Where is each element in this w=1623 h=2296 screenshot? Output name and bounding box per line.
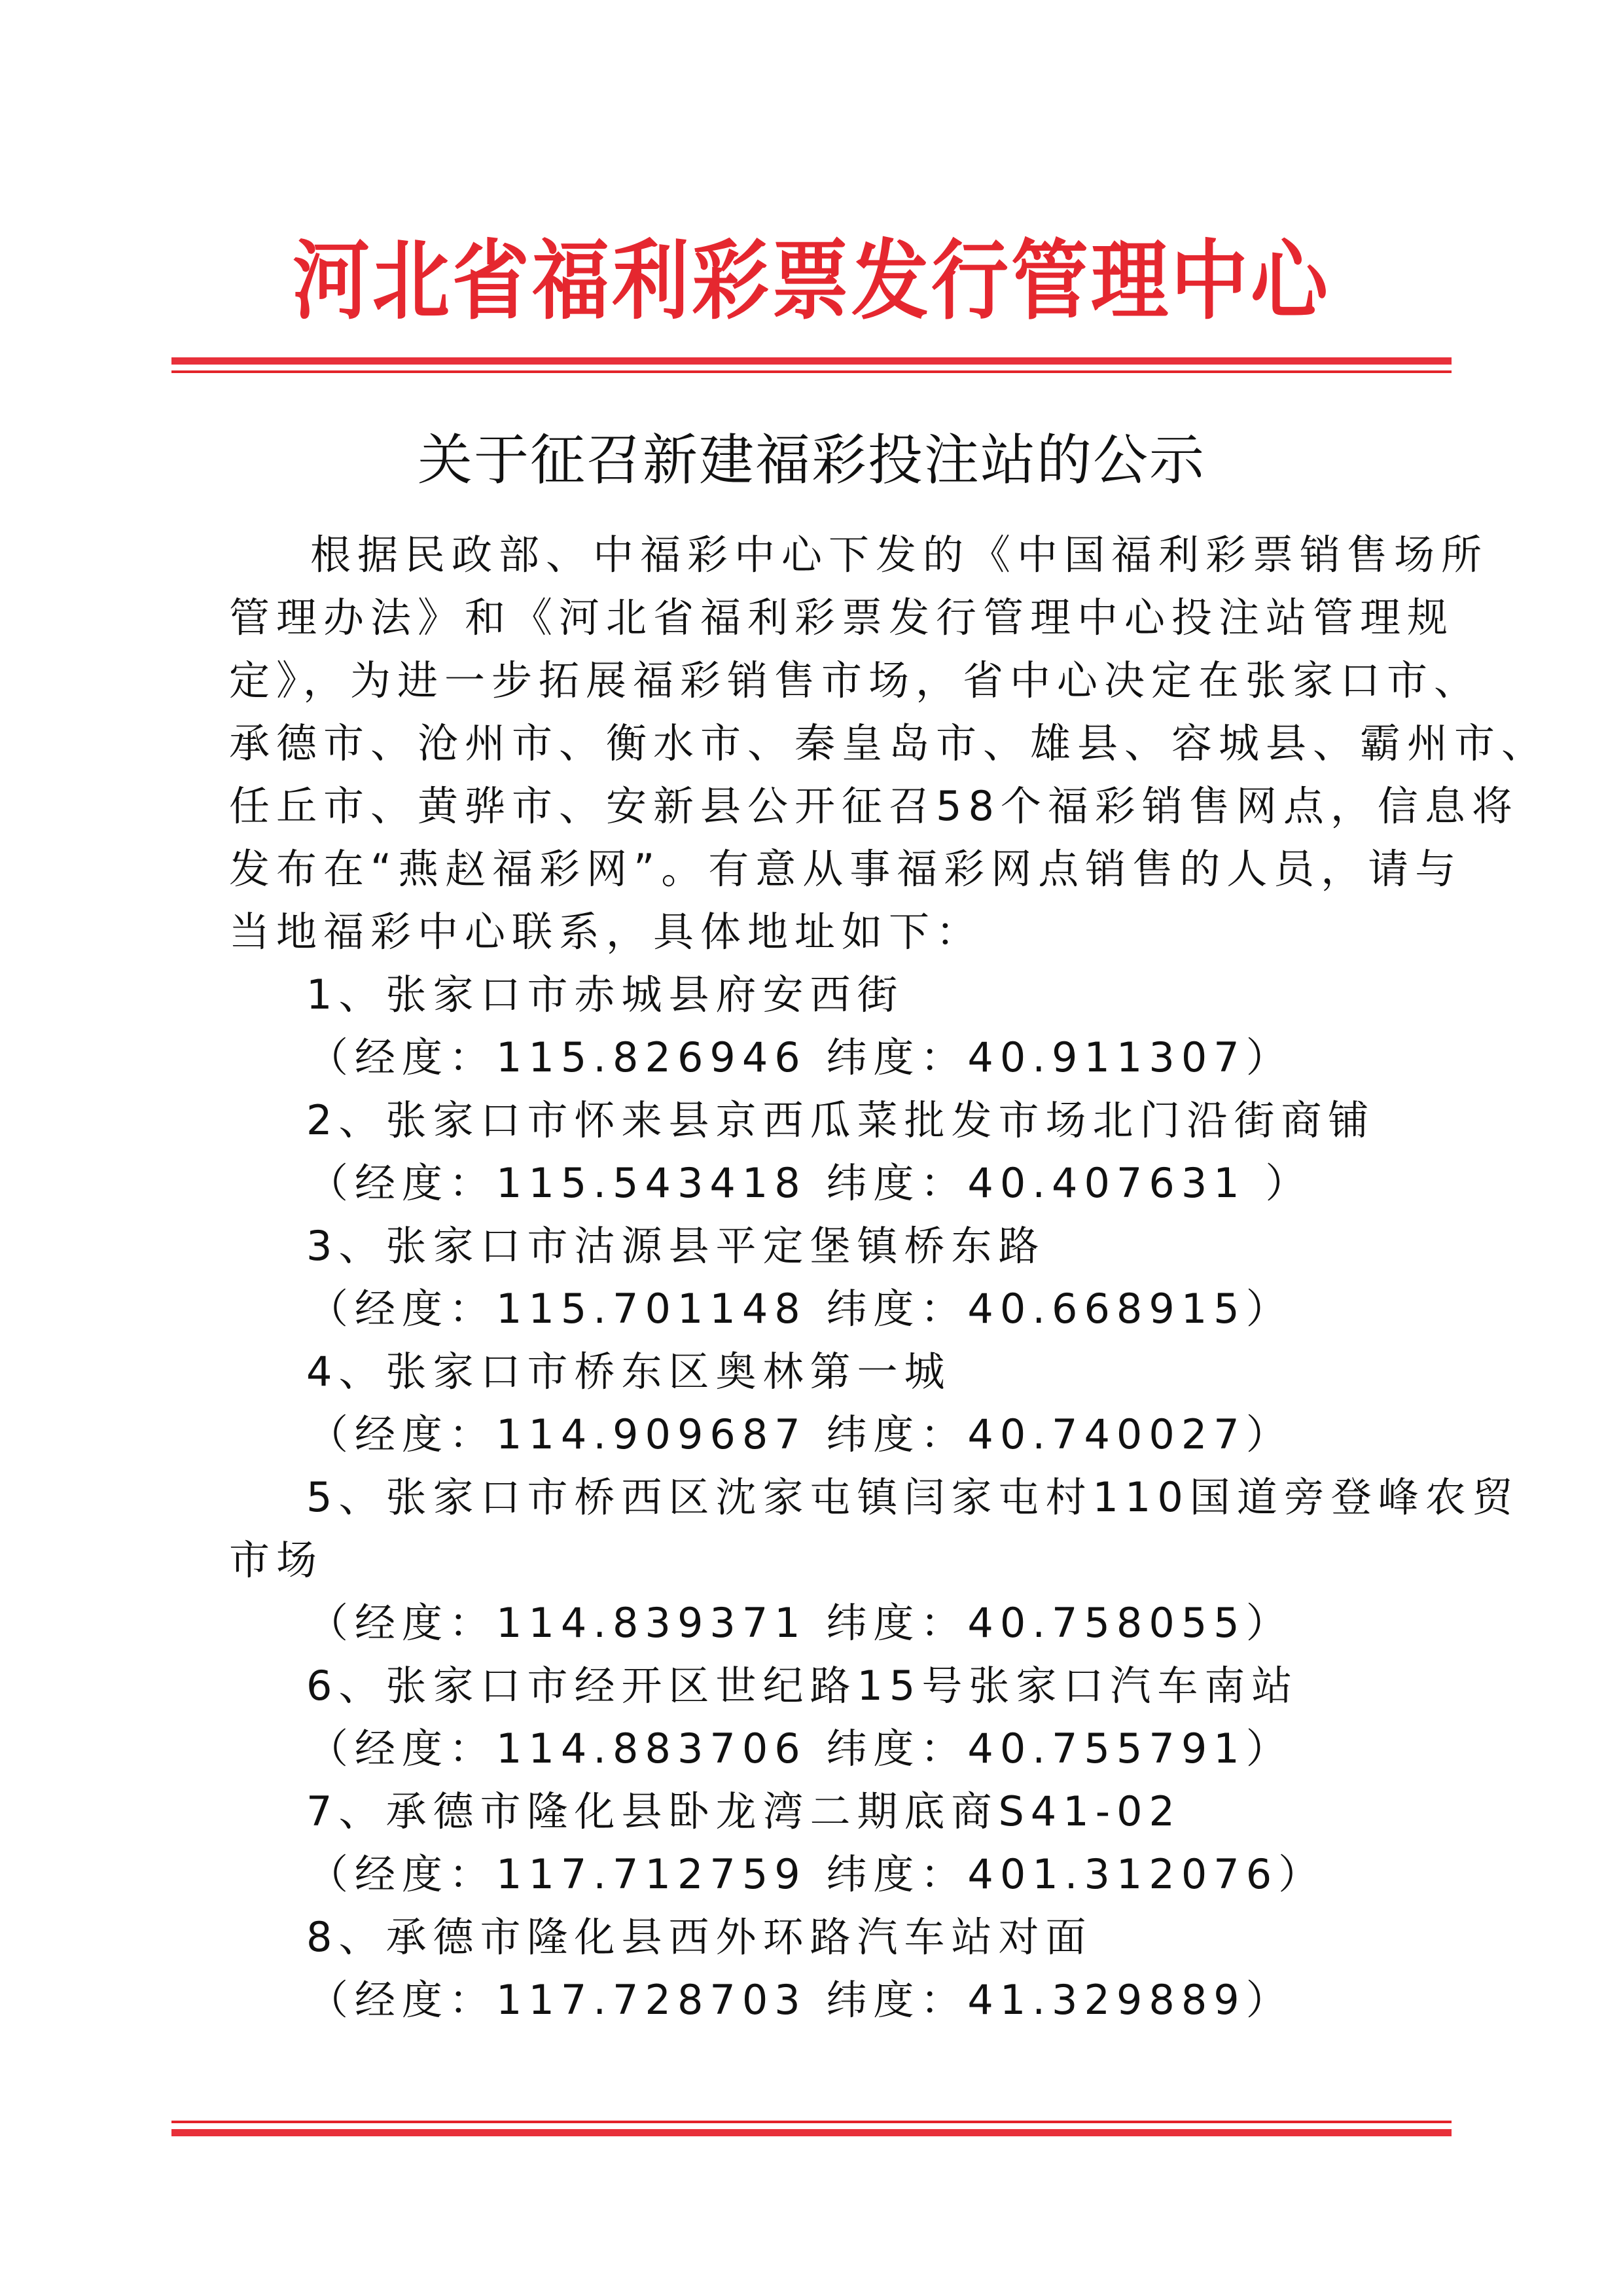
footer-rule-thick (171, 2129, 1452, 2136)
location-address: 3、张家口市沽源县平定堡镇桥东路 (229, 1215, 1433, 1278)
intro-line: 发布在“燕赵福彩网”。有意从事福彩网点销售的人员，请与 (229, 838, 1433, 901)
intro-line: 根据民政部、中福彩中心下发的《中国福利彩票销售场所 (229, 524, 1433, 586)
location-coords: （经度：114.883706 纬度：40.755791） (229, 1717, 1433, 1780)
header-rule-thin (171, 370, 1452, 373)
intro-paragraph: 根据民政部、中福彩中心下发的《中国福利彩票销售场所 管理办法》和《河北省福利彩票… (229, 524, 1433, 963)
location-item: 8、承德市隆化县西外环路汽车站对面 （经度：117.728703 纬度：41.3… (229, 1906, 1433, 2032)
document-body: 根据民政部、中福彩中心下发的《中国福利彩票销售场所 管理办法》和《河北省福利彩票… (229, 524, 1433, 2032)
intro-line: 当地福彩中心联系，具体地址如下： (229, 901, 1433, 963)
intro-line: 任丘市、黄骅市、安新县公开征召58个福彩销售网点，信息将 (229, 775, 1433, 838)
location-item: 1、张家口市赤城县府安西街 （经度：115.826946 纬度：40.91130… (229, 963, 1433, 1089)
header-rule-thick (171, 357, 1452, 365)
location-item: 4、张家口市桥东区奥林第一城 （经度：114.909687 纬度：40.7400… (229, 1340, 1433, 1466)
organization-letterhead: 河北省福利彩票发行管理中心 (171, 226, 1452, 336)
location-coords: （经度：115.543418 纬度：40.407631 ） (229, 1152, 1433, 1215)
location-coords: （经度：117.712759 纬度：401.312076） (229, 1843, 1433, 1906)
location-address-continued: 市场 (229, 1529, 1433, 1592)
location-address: 4、张家口市桥东区奥林第一城 (229, 1340, 1433, 1403)
location-coords: （经度：117.728703 纬度：41.329889） (229, 1969, 1433, 2032)
intro-line: 定》，为进一步拓展福彩销售市场，省中心决定在张家口市、 (229, 649, 1433, 712)
location-coords: （经度：115.826946 纬度：40.911307） (229, 1026, 1433, 1089)
location-item: 2、张家口市怀来县京西瓜菜批发市场北门沿街商铺 （经度：115.543418 纬… (229, 1089, 1433, 1215)
location-address: 8、承德市隆化县西外环路汽车站对面 (229, 1906, 1433, 1969)
location-address: 1、张家口市赤城县府安西街 (229, 963, 1433, 1026)
location-coords: （经度：115.701148 纬度：40.668915） (229, 1278, 1433, 1340)
document-page: 河北省福利彩票发行管理中心 关于征召新建福彩投注站的公示 根据民政部、中福彩中心… (0, 0, 1623, 2296)
location-coords: （经度：114.909687 纬度：40.740027） (229, 1403, 1433, 1466)
footer-rule-thin (171, 2121, 1452, 2123)
location-address: 6、张家口市经开区世纪路15号张家口汽车南站 (229, 1655, 1433, 1717)
intro-line: 承德市、沧州市、衡水市、秦皇岛市、雄县、容城县、霸州市、 (229, 712, 1433, 775)
intro-line: 管理办法》和《河北省福利彩票发行管理中心投注站管理规 (229, 586, 1433, 649)
location-item: 7、承德市隆化县卧龙湾二期底商S41-02 （经度：117.712759 纬度：… (229, 1780, 1433, 1906)
location-address: 5、张家口市桥西区沈家屯镇闫家屯村110国道旁登峰农贸 (229, 1466, 1433, 1529)
location-item: 5、张家口市桥西区沈家屯镇闫家屯村110国道旁登峰农贸 市场 （经度：114.8… (229, 1466, 1433, 1655)
location-item: 6、张家口市经开区世纪路15号张家口汽车南站 （经度：114.883706 纬度… (229, 1655, 1433, 1780)
location-list: 1、张家口市赤城县府安西街 （经度：115.826946 纬度：40.91130… (229, 963, 1433, 2032)
location-address: 7、承德市隆化县卧龙湾二期底商S41-02 (229, 1780, 1433, 1843)
document-title: 关于征召新建福彩投注站的公示 (171, 424, 1452, 496)
location-coords: （经度：114.839371 纬度：40.758055） (229, 1592, 1433, 1655)
location-address: 2、张家口市怀来县京西瓜菜批发市场北门沿街商铺 (229, 1089, 1433, 1152)
location-item: 3、张家口市沽源县平定堡镇桥东路 （经度：115.701148 纬度：40.66… (229, 1215, 1433, 1340)
